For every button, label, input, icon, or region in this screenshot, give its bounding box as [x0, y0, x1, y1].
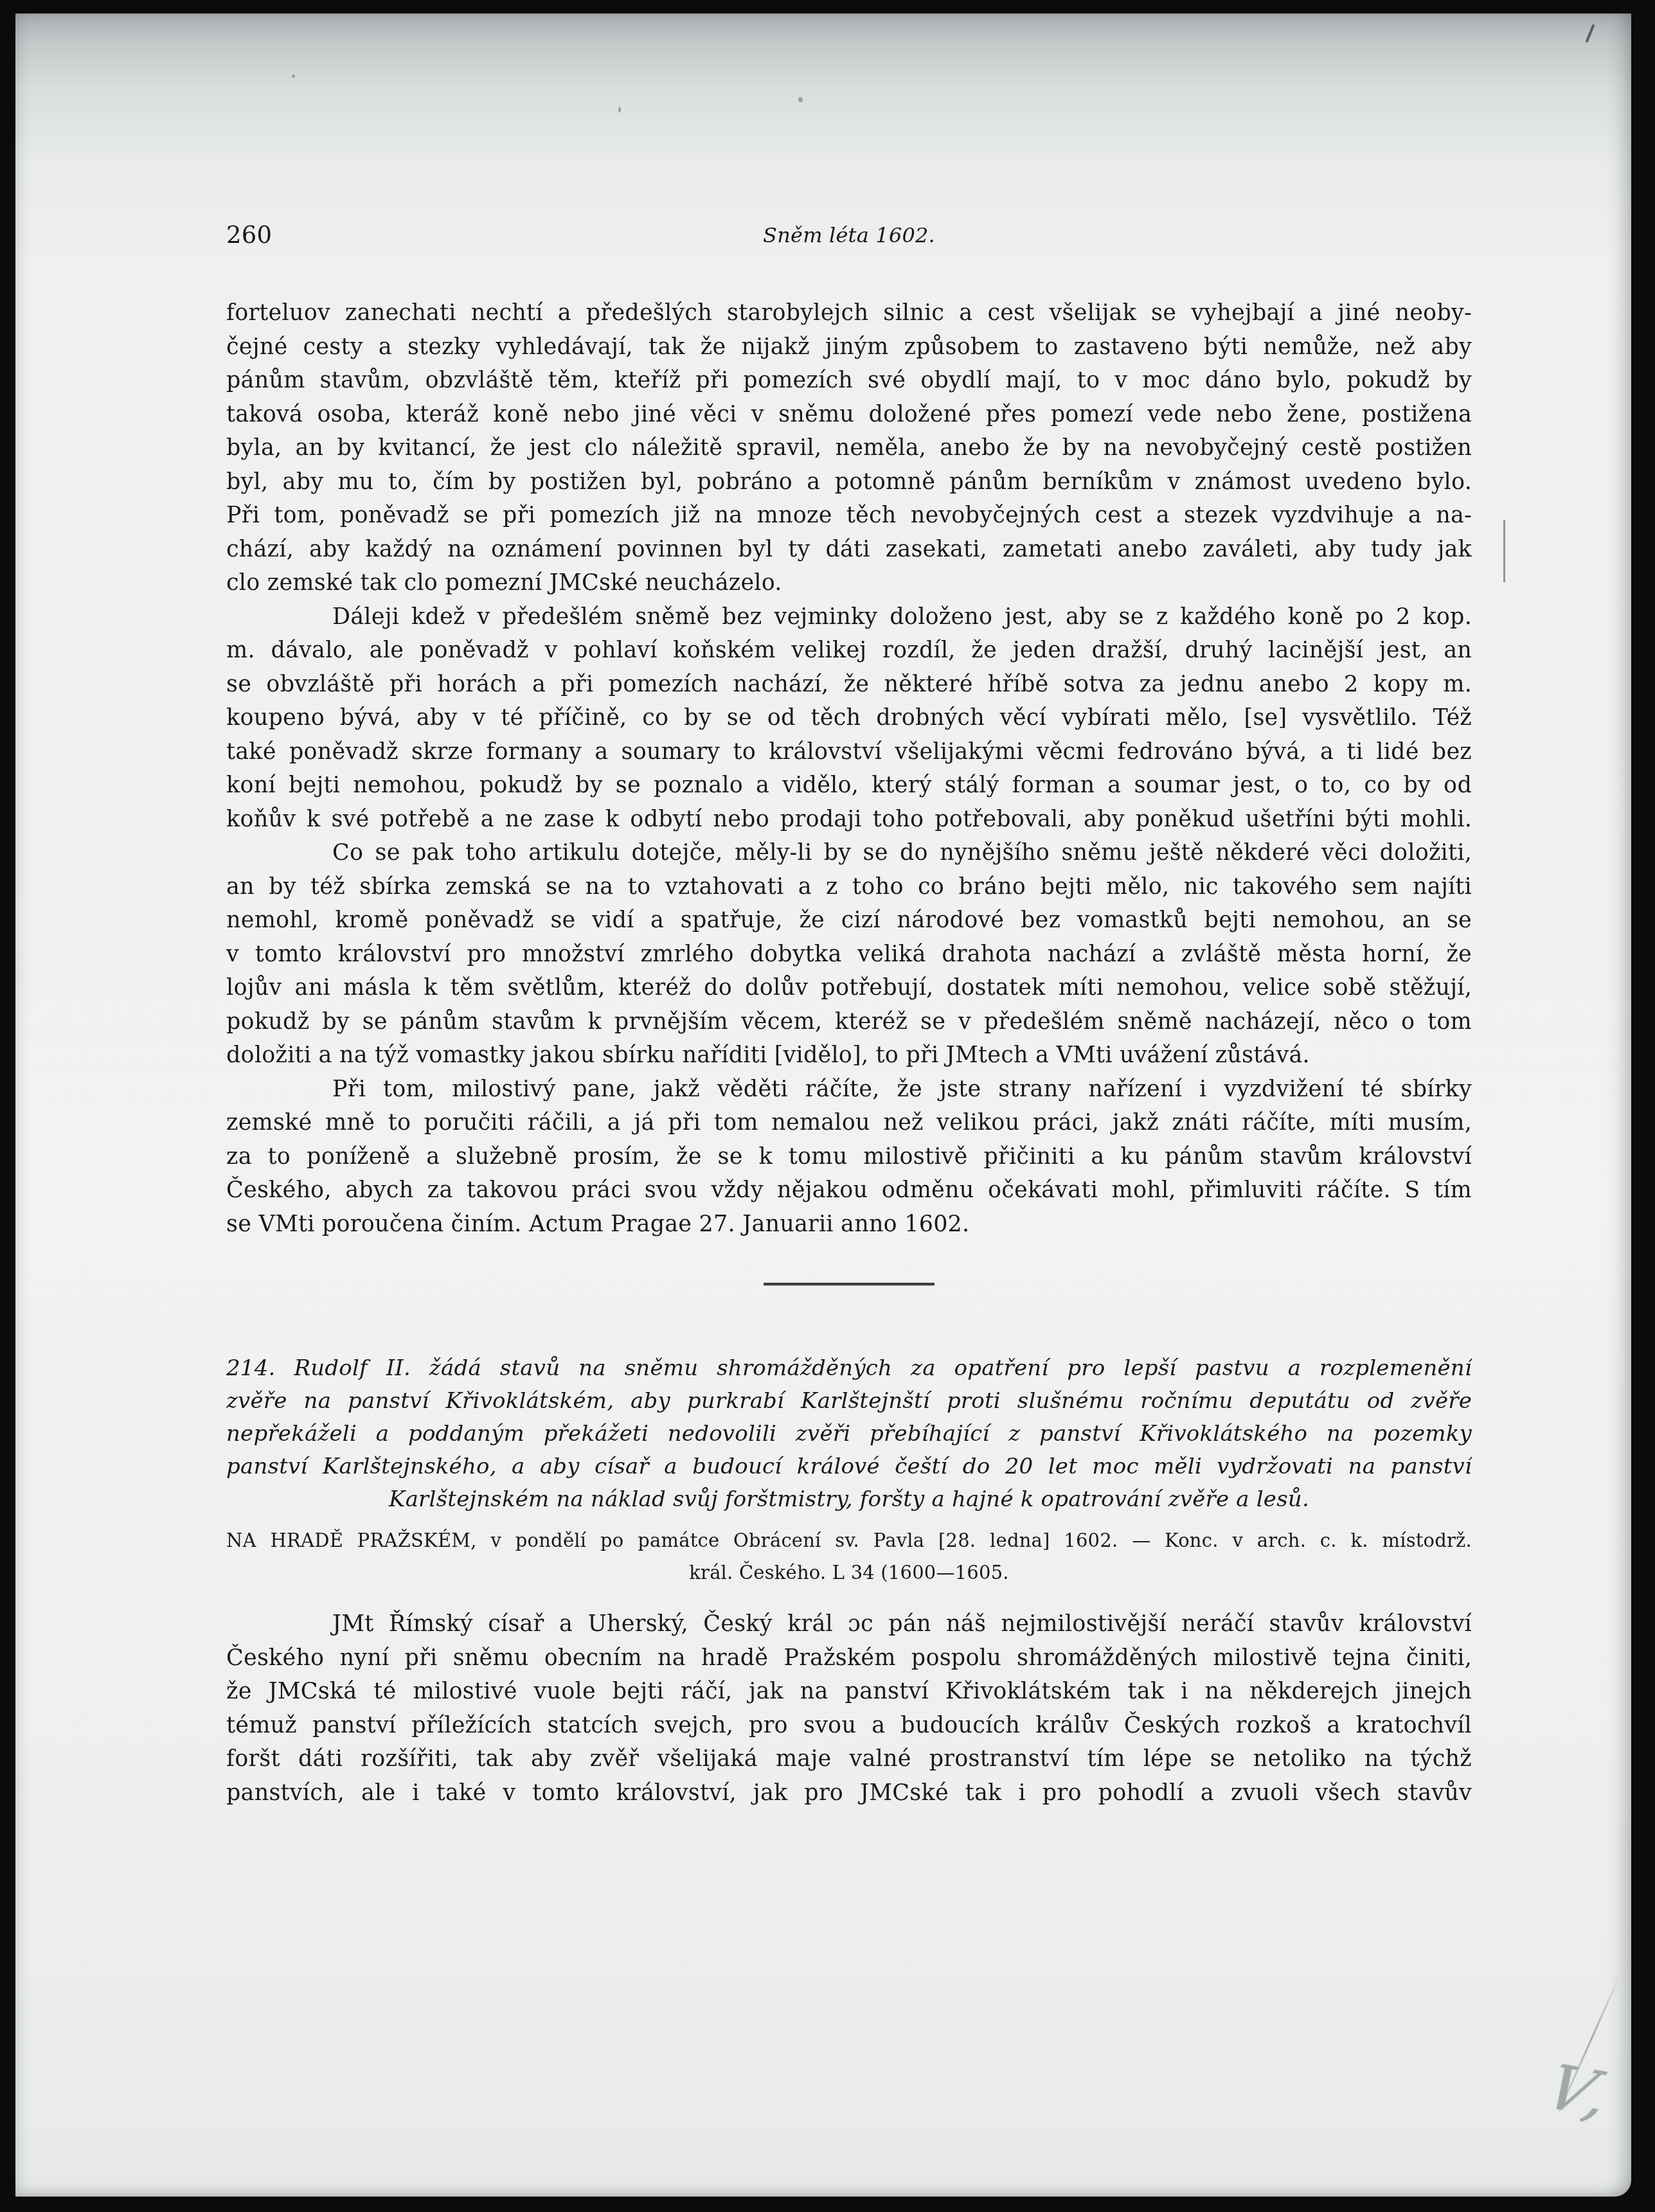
text-line: clo zemské tak clo pomezní JMCské neuchá… — [226, 566, 1472, 600]
text-line: Českého, abych za takovou práci svou vžd… — [226, 1173, 1472, 1208]
paper-speck — [292, 75, 295, 78]
text-line: čejné cesty a stezky vyhledávají, tak že… — [226, 330, 1472, 364]
letter-body: forteluov zanechati nechtí a předešlých … — [226, 296, 1472, 1241]
text-line: Při tom, poněvadž se při pomezích již na… — [226, 499, 1472, 533]
heading-line: panství Karlštejnského, a aby císař a bu… — [226, 1450, 1472, 1483]
text-line: nemohl, kromě poněvadž se vidí a spatřuj… — [226, 904, 1472, 938]
paper-speck — [798, 97, 803, 102]
text-line: byla, an by kvitancí, že jest clo náleži… — [226, 431, 1472, 465]
text-line: se VMti poroučena činím. Actum Pragae 27… — [226, 1208, 1472, 1242]
text-line: Dáleji kdež v předešlém sněmě bez vejmin… — [226, 600, 1472, 634]
running-head: Sněm léta 1602. — [226, 219, 1472, 252]
text-line: an by též sbírka zemská se na to vztahov… — [226, 870, 1472, 904]
text-line: koupeno bývá, aby v té příčině, co by se… — [226, 701, 1472, 735]
text-line: koňův k své potřebě a ne zase k odbytí n… — [226, 803, 1472, 837]
entry-source: NA HRADĚ PRAŽSKÉM, v pondělí po památce … — [226, 1524, 1472, 1589]
text-line: Českého nyní při sněmu obecním na hradě … — [226, 1641, 1472, 1675]
heading-line: nepřekáželi a poddaným překážeti nedovol… — [226, 1418, 1472, 1450]
heading-line: Karlštejnském na náklad svůj forštmistry… — [226, 1483, 1472, 1516]
text-line: byl, aby mu to, čím by postižen byl, pob… — [226, 465, 1472, 499]
text-line: m. dávalo, ale poněvadž v pohlaví koňské… — [226, 634, 1472, 668]
section-divider — [764, 1283, 935, 1285]
margin-tick-mark — [1503, 520, 1505, 582]
text-line: koní bejti nemohou, pokudž by se poznalo… — [226, 769, 1472, 803]
heading-line: 214. Rudolf II. žádá stavů na sněmu shro… — [226, 1352, 1472, 1385]
page-content: 260 Sněm léta 1602. forteluov zanechati … — [226, 13, 1472, 1810]
text-line: zemské mně to poručiti ráčili, a já při … — [226, 1106, 1472, 1140]
paper: 260 Sněm léta 1602. forteluov zanechati … — [15, 13, 1631, 2197]
entry-heading: 214. Rudolf II. žádá stavů na sněmu shro… — [226, 1352, 1472, 1516]
entry-body: JMt Římský císař a Uherský, Český král ɔ… — [226, 1607, 1472, 1810]
text-line: panstvích, ale i také v tomto království… — [226, 1776, 1472, 1810]
page-number: 260 — [226, 219, 272, 252]
text-line: chází, aby každý na oznámení povinnen by… — [226, 533, 1472, 567]
text-line: v tomto království pro množství zmrlého … — [226, 938, 1472, 972]
source-line: král. Českého. L 34 (1600—1605. — [226, 1556, 1472, 1589]
text-line: forteluov zanechati nechtí a předešlých … — [226, 296, 1472, 330]
text-line: pokudž by se pánům stavům k prvnějším vě… — [226, 1005, 1472, 1039]
text-line: také poněvadž skrze formany a soumary to… — [226, 735, 1472, 769]
text-line: že JMCská té milostivé vuole bejti ráčí,… — [226, 1675, 1472, 1709]
text-line: za to poníženě a služebně prosím, že se … — [226, 1140, 1472, 1174]
pencil-mark: V, — [1537, 2057, 1626, 2127]
text-line: témuž panství příležících statcích svejc… — [226, 1709, 1472, 1743]
source-line: NA HRADĚ PRAŽSKÉM, v pondělí po památce … — [226, 1524, 1472, 1556]
page-header: 260 Sněm léta 1602. — [226, 219, 1472, 252]
paper-speck — [618, 107, 621, 112]
text-line: pánům stavům, obzvláště těm, kteříž při … — [226, 364, 1472, 398]
corner-pen-mark — [1586, 24, 1595, 42]
text-line: JMt Římský císař a Uherský, Český král ɔ… — [226, 1607, 1472, 1641]
scanned-page: 260 Sněm léta 1602. forteluov zanechati … — [0, 0, 1655, 2212]
text-line: lojův ani másla k těm světlům, kteréž do… — [226, 971, 1472, 1005]
text-line: se obvzláště při horách a při pomezích n… — [226, 668, 1472, 702]
text-line: doložiti a na týž vomastky jakou sbírku … — [226, 1039, 1472, 1073]
text-line: foršt dáti rozšířiti, tak aby zvěř všeli… — [226, 1742, 1472, 1776]
text-line: Co se pak toho artikulu dotejče, měly-li… — [226, 836, 1472, 870]
text-line: taková osoba, kteráž koně nebo jiné věci… — [226, 398, 1472, 432]
text-line: Při tom, milostivý pane, jakž věděti ráč… — [226, 1073, 1472, 1107]
heading-line: zvěře na panství Křivoklátském, aby purk… — [226, 1385, 1472, 1418]
